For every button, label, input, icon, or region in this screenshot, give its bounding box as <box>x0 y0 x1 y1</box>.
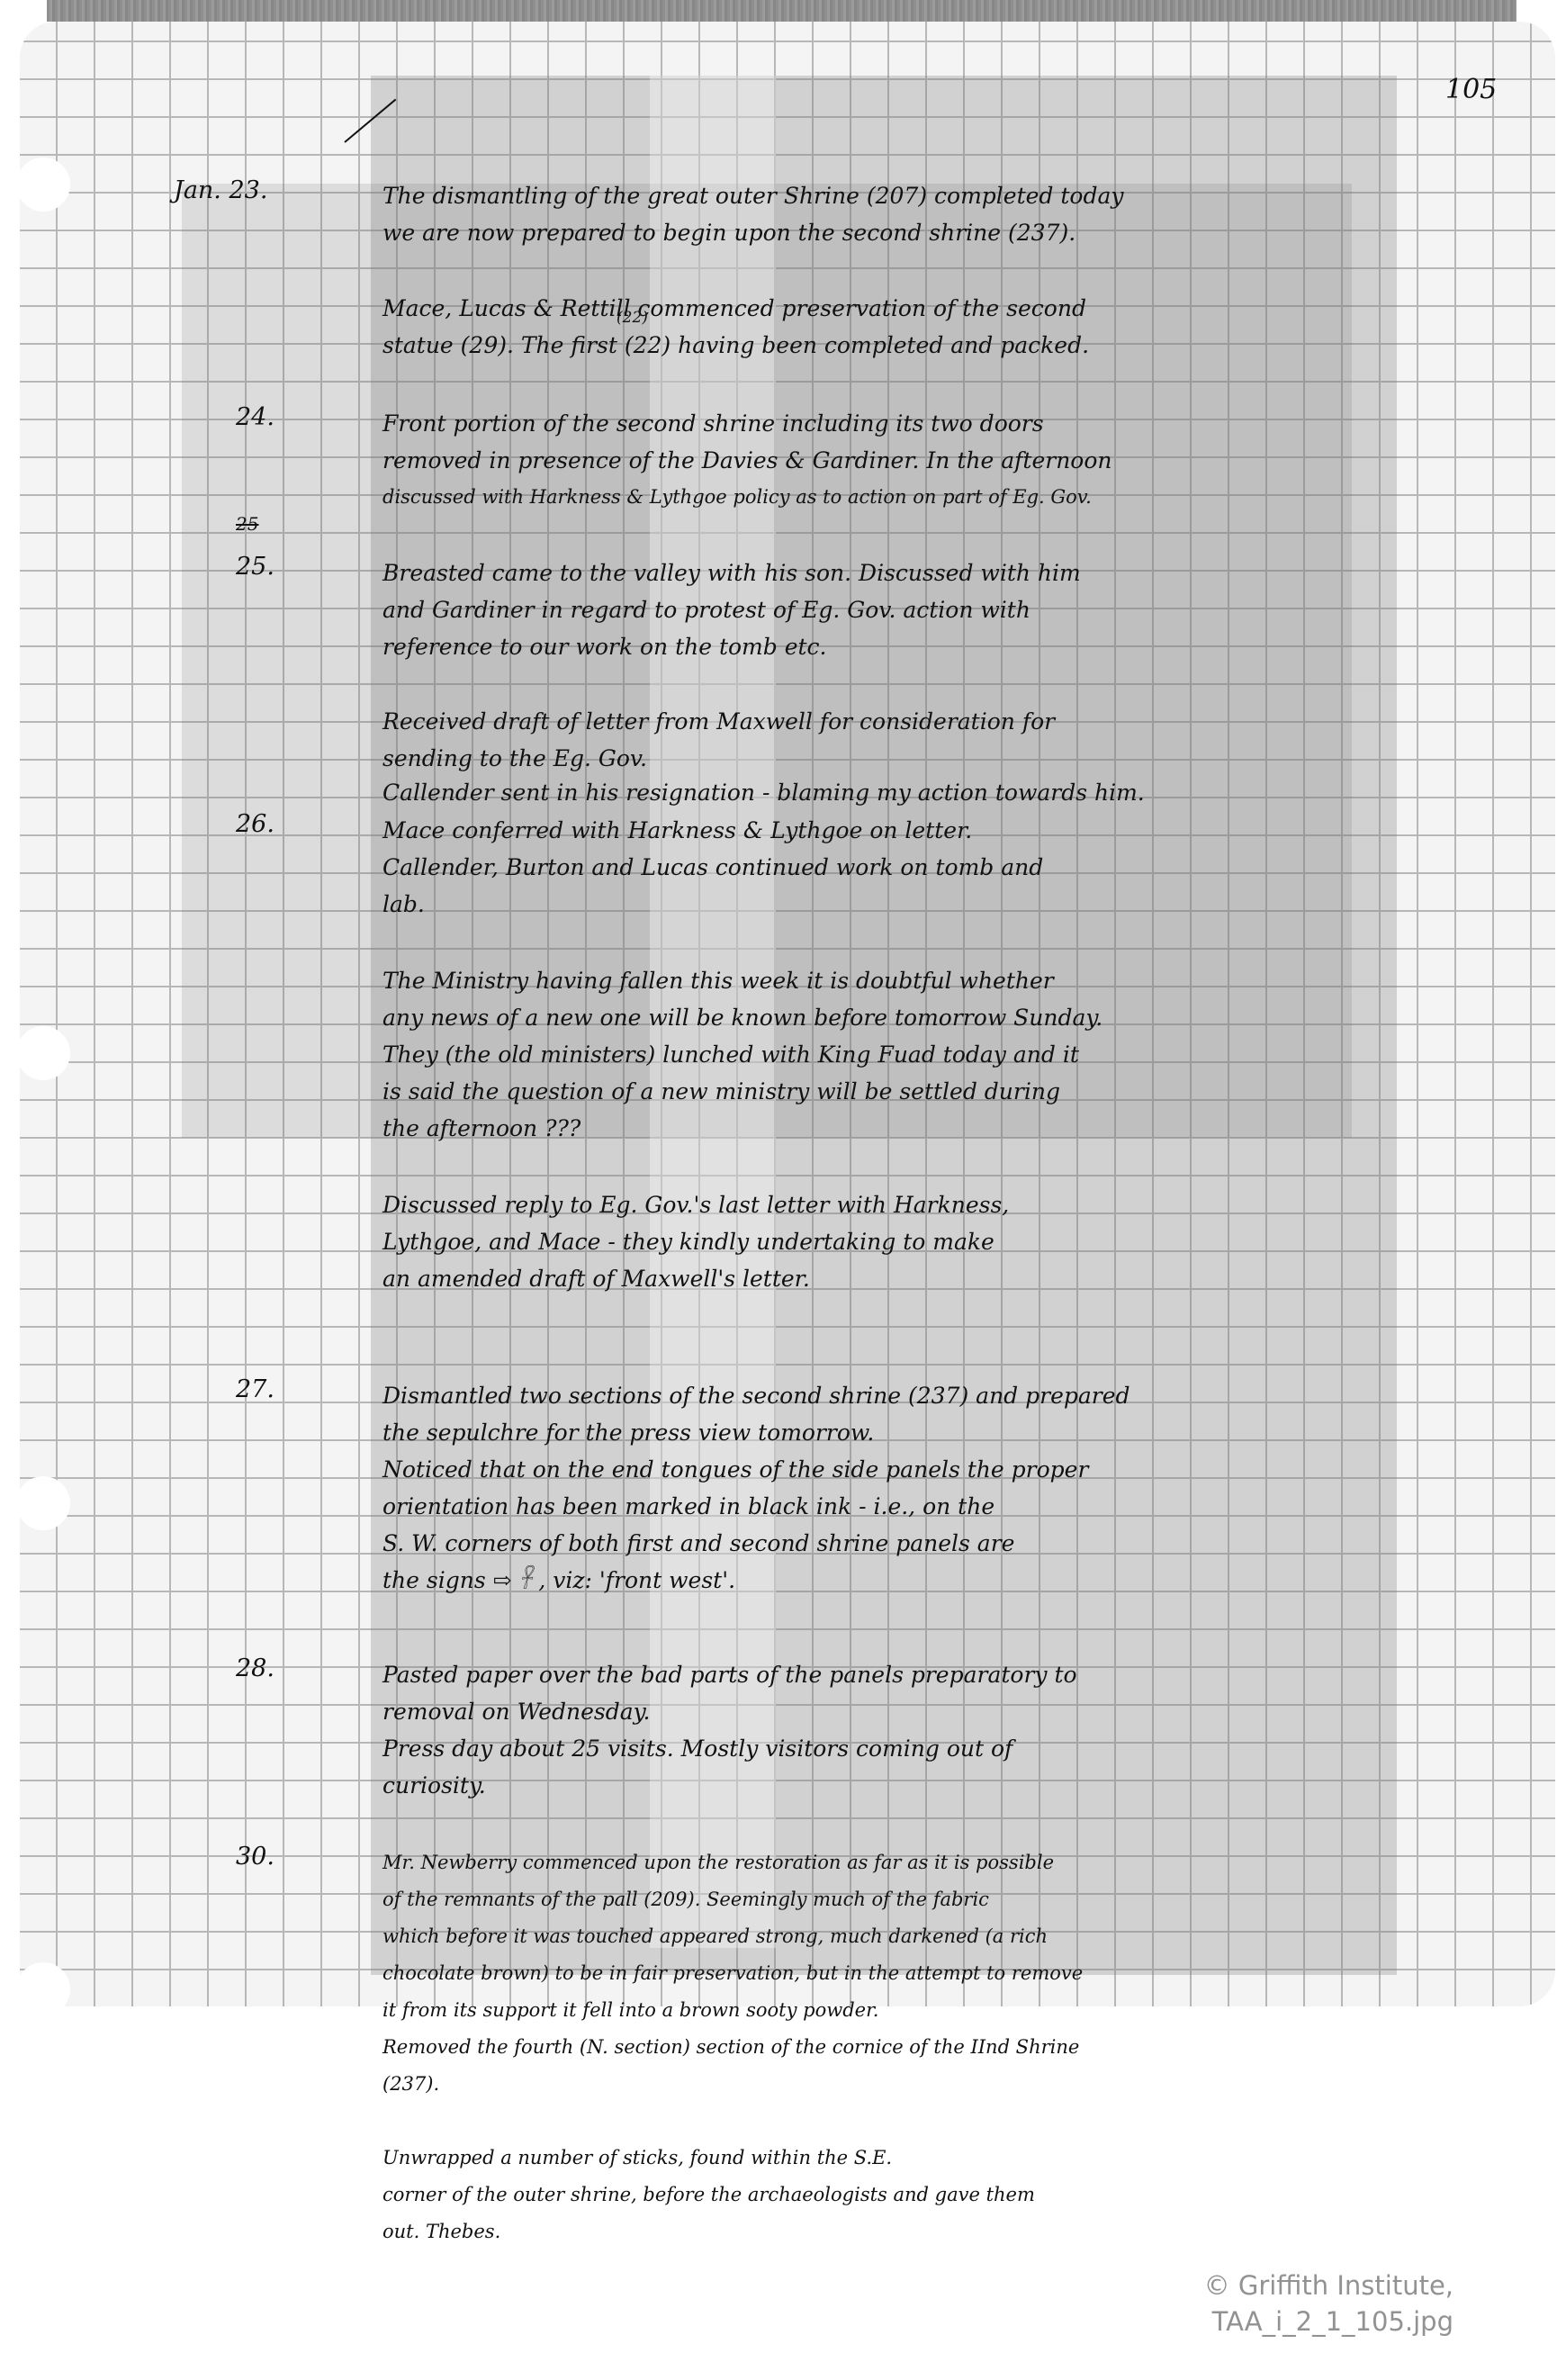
entry-date: 24. <box>236 403 274 431</box>
entry-line: Mace, Lucas & Rettill commenced preserva… <box>382 290 1086 327</box>
watermark-line: © Griffith Institute, <box>1204 2267 1453 2303</box>
entry-line: Press day about 25 visits. Mostly visito… <box>382 1730 1012 1767</box>
entry-line: corner of the outer shrine, before the a… <box>382 2177 1035 2213</box>
entry-date: 25. <box>236 553 274 581</box>
entry-line: Breasted came to the valley with his son… <box>382 554 1081 591</box>
entry-line: Mr. Newberry commenced upon the restorat… <box>382 1844 1054 1881</box>
notebook-binding-strip <box>47 0 1516 22</box>
entry-line: we are now prepared to begin upon the se… <box>382 214 1075 251</box>
entry-line: The dismantling of the great outer Shrin… <box>382 177 1124 214</box>
superscript-note: (22) <box>616 309 648 327</box>
entry-date: 28. <box>236 1654 274 1682</box>
entry-line: Dismantled two sections of the second sh… <box>382 1377 1130 1414</box>
entry-line: removal on Wednesday. <box>382 1693 650 1730</box>
struck-date: 25 <box>236 513 258 535</box>
entry-line: reference to our work on the tomb etc. <box>382 628 827 665</box>
entry-line: They (the old ministers) lunched with Ki… <box>382 1036 1079 1073</box>
entry-date: Jan. 23. <box>174 176 267 204</box>
entry-line: orientation has been marked in black ink… <box>382 1488 994 1525</box>
watermark-filename: TAA_i_2_1_105.jpg <box>1204 2303 1453 2339</box>
punch-hole <box>16 158 70 212</box>
entry-line: removed in presence of the Davies & Gard… <box>382 442 1112 479</box>
entry-line: the signs ⇨ 𓋹 , viz: 'front west'. <box>382 1562 735 1599</box>
entry-line: Front portion of the second shrine inclu… <box>382 405 1044 442</box>
entry-line: is said the question of a new ministry w… <box>382 1073 1060 1110</box>
entry-line: Discussed reply to Eg. Gov.'s last lette… <box>382 1186 1009 1223</box>
entry-line: of the remnants of the pall (209). Seemi… <box>382 1881 989 1918</box>
entry-line: and Gardiner in regard to protest of Eg.… <box>382 591 1030 628</box>
entry-line: statue (29). The first (22) having been … <box>382 327 1089 364</box>
entry-line: out. Thebes. <box>382 2213 500 2250</box>
entry-line: an amended draft of Maxwell's letter. <box>382 1260 810 1297</box>
entry-line: it from its support it fell into a brown… <box>382 1992 878 2029</box>
entry-line: curiosity. <box>382 1767 486 1804</box>
entry-line: The Ministry having fallen this week it … <box>382 962 1054 999</box>
entry-line: sending to the Eg. Gov. <box>382 740 647 777</box>
entry-date: 26. <box>236 810 274 838</box>
entry-line: lab. <box>382 886 425 923</box>
entry-line: Callender, Burton and Lucas continued wo… <box>382 849 1043 886</box>
entry-line: Pasted paper over the bad parts of the p… <box>382 1656 1077 1693</box>
entry-line: Noticed that on the end tongues of the s… <box>382 1451 1088 1488</box>
entry-date: 30. <box>236 1843 274 1871</box>
entry-line: (237). <box>382 2066 439 2103</box>
entry-line: Unwrapped a number of sticks, found with… <box>382 2140 892 2177</box>
entry-line: S. W. corners of both first and second s… <box>382 1525 1014 1562</box>
entry-line: discussed with Harkness & Lythgoe policy… <box>382 479 1092 516</box>
entry-line: Mace conferred with Harkness & Lythgoe o… <box>382 812 972 849</box>
entry-line: Received draft of letter from Maxwell fo… <box>382 703 1055 740</box>
entry-line: Callender sent in his resignation - blam… <box>382 774 1145 811</box>
entry-line: Lythgoe, and Mace - they kindly undertak… <box>382 1223 994 1260</box>
punch-hole <box>16 1962 70 2016</box>
entry-line: any news of a new one will be known befo… <box>382 999 1102 1036</box>
entry-date: 27. <box>236 1375 274 1403</box>
page-number: 105 <box>1445 74 1497 105</box>
entry-line: the sepulchre for the press view tomorro… <box>382 1414 874 1451</box>
entry-line: which before it was touched appeared str… <box>382 1918 1048 1955</box>
entry-line: Removed the fourth (N. section) section … <box>382 2029 1079 2066</box>
entry-line: chocolate brown) to be in fair preservat… <box>382 1955 1083 1992</box>
punch-hole <box>16 1026 70 1080</box>
punch-hole <box>16 1476 70 1530</box>
copyright-watermark: © Griffith Institute, TAA_i_2_1_105.jpg <box>1204 2267 1453 2339</box>
entry-line: the afternoon ??? <box>382 1110 580 1147</box>
